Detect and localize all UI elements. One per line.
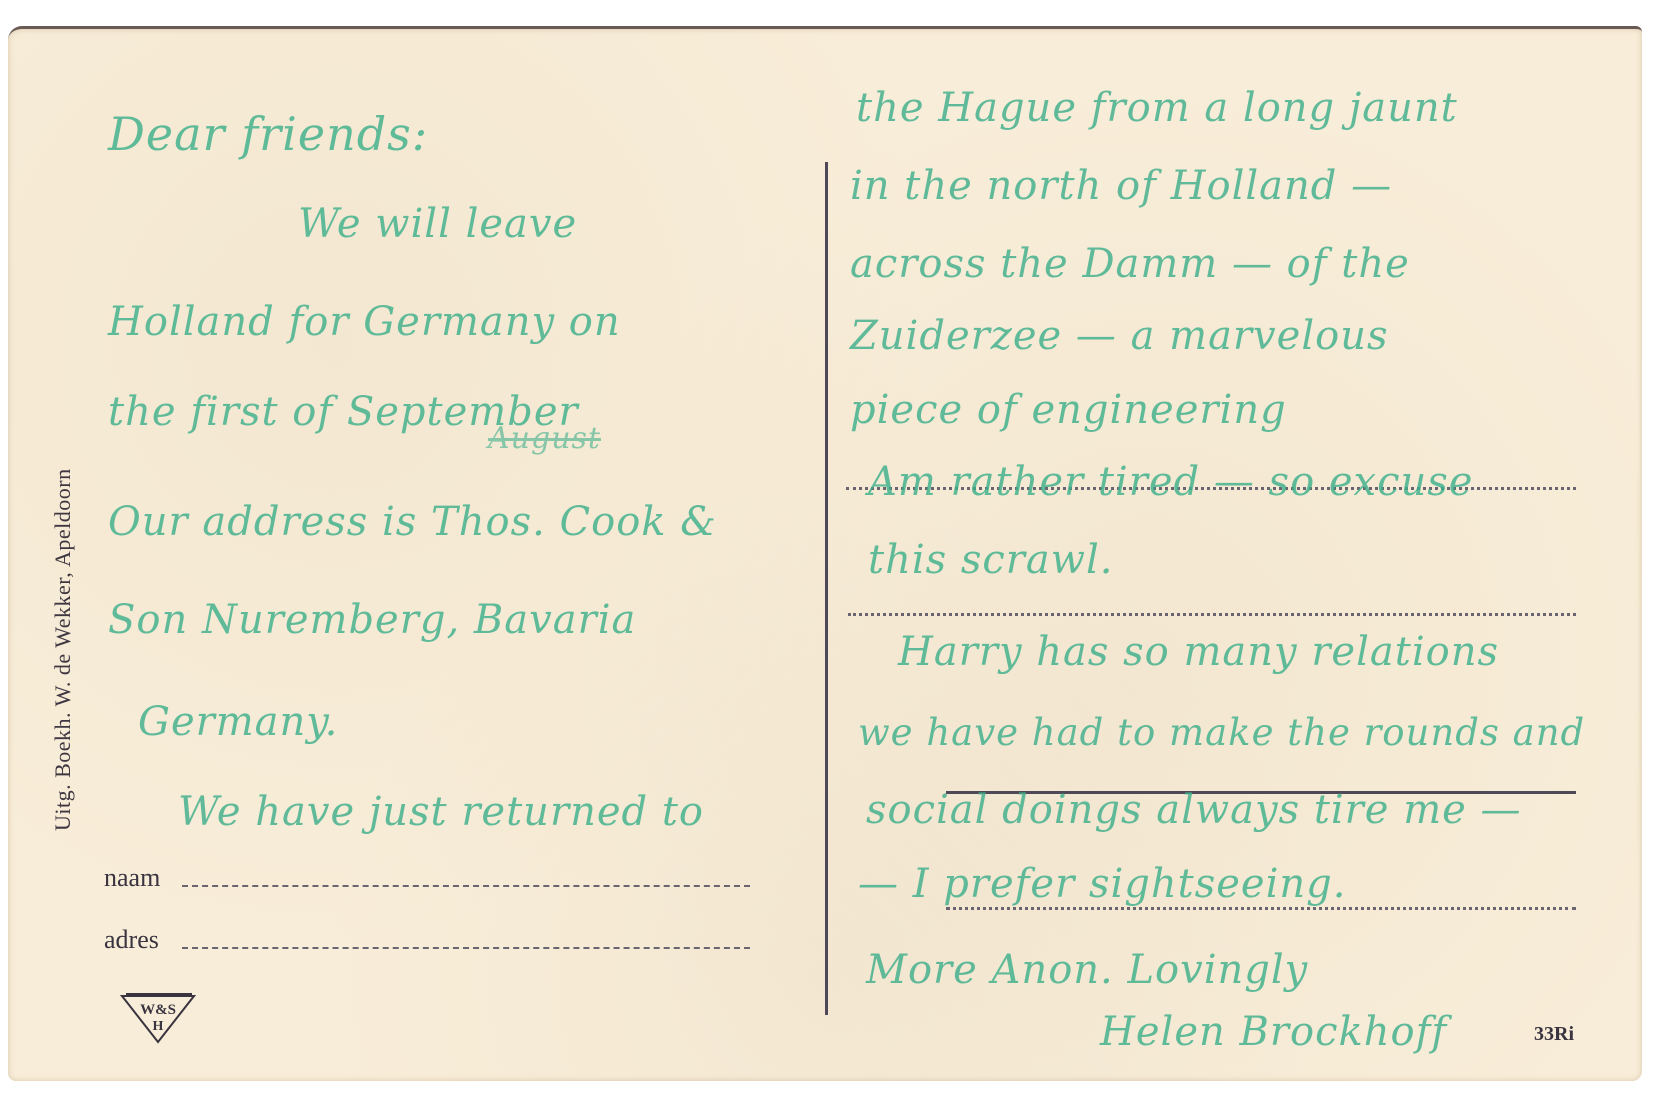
address-field-label: adres	[104, 925, 159, 955]
handwritten-line: Am rather tired — so excuse	[868, 459, 1473, 505]
handwritten-line: Harry has so many relations	[898, 629, 1499, 675]
address-field-line	[182, 947, 750, 949]
handwritten-line: Germany.	[138, 699, 338, 745]
logo-bottom-text: H	[153, 1019, 164, 1034]
postcard-back: Uitg. Boekh. W. de Wekker, Apeldoorn Dea…	[8, 26, 1642, 1081]
publisher-imprint: Uitg. Boekh. W. de Wekker, Apeldoorn	[50, 311, 76, 831]
signature: Helen Brockhoff	[1100, 1009, 1447, 1055]
handwritten-line: this scrawl.	[868, 537, 1114, 583]
handwritten-line: Holland for Germany on	[108, 299, 621, 345]
handwritten-line: — I prefer sightseeing.	[858, 861, 1346, 907]
handwritten-line: the Hague from a long jaunt	[856, 85, 1458, 131]
handwritten-line: We have just returned to	[178, 789, 704, 835]
handwritten-line: Dear friends:	[108, 107, 428, 161]
logo-top-text: W&S	[140, 1002, 176, 1018]
struck-through-word: August	[488, 421, 601, 456]
handwritten-line: We will leave	[298, 201, 577, 247]
handwritten-line: social doings always tire me —	[866, 787, 1522, 833]
handwritten-line: we have had to make the rounds and	[858, 711, 1585, 754]
handwritten-line: Our address is Thos. Cook &	[108, 499, 717, 545]
center-divider	[825, 162, 828, 1015]
catalog-code: 33Ri	[1534, 1023, 1574, 1046]
ws-h-logo-icon: W&S H	[120, 992, 196, 1044]
handwritten-line: Son Nuremberg, Bavaria	[108, 597, 636, 643]
name-field-label: naam	[104, 863, 160, 893]
handwritten-line: piece of engineering	[850, 387, 1287, 433]
address-line-2	[848, 613, 1576, 616]
handwritten-line: More Anon. Lovingly	[866, 947, 1308, 993]
handwritten-line: Zuiderzee — a marvelous	[850, 313, 1389, 359]
handwritten-line: in the north of Holland —	[850, 163, 1392, 209]
handwritten-line: across the Damm — of the	[850, 241, 1410, 287]
address-line-4	[946, 907, 1576, 910]
name-field-line	[182, 885, 750, 887]
